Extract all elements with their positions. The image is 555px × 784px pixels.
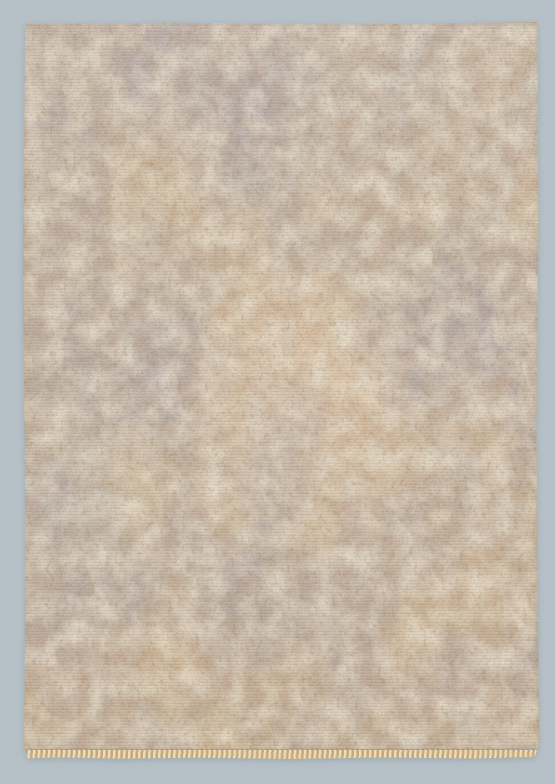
rug-fine-grain-light-layer [23, 22, 539, 751]
rug-texture-overlay [23, 22, 539, 751]
rug-pile [23, 22, 539, 751]
rug-image [23, 22, 539, 759]
rug-fringe [26, 749, 537, 759]
product-photo-backdrop [0, 0, 555, 784]
